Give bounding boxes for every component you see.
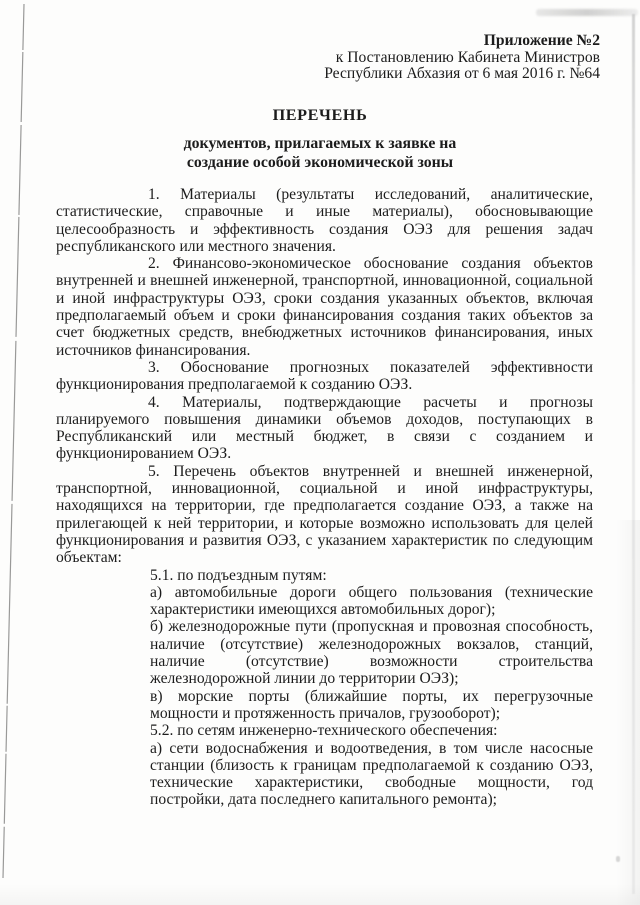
document-subtitle: документов, прилагаемых к заявке на созд…: [0, 135, 640, 172]
scan-artifact-speck: [616, 856, 620, 862]
subitem-5-1-v: в) морские порты (ближайшие порты, их пе…: [150, 688, 593, 723]
subtitle-line-1: документов, прилагаемых к заявке на: [0, 135, 640, 154]
document-body: 1. Материалы (результаты исследований, а…: [56, 186, 593, 809]
document-header: Приложение №2 к Постановлению Кабинета М…: [324, 33, 600, 83]
paragraph-1: 1. Материалы (результаты исследований, а…: [56, 186, 593, 255]
document-title: ПЕРЕЧЕНЬ: [0, 106, 640, 125]
resolution-date-number: Республики Абхазия от 6 мая 2016 г. №64: [324, 66, 600, 83]
subitem-5-2: 5.2. по сетям инженерно-технического обе…: [150, 722, 593, 739]
paragraph-4: 4. Материалы, подтверждающие расчеты и п…: [56, 394, 593, 463]
paragraph-2: 2. Финансово-экономическое обоснование с…: [56, 255, 593, 359]
scan-artifact-bottom-shadow: [0, 884, 640, 905]
subtitle-line-2: создание особой экономической зоны: [0, 154, 640, 173]
subitem-5-1: 5.1. по подъездным путям:: [150, 567, 593, 584]
scan-artifact-top-smudge: [536, 9, 638, 16]
subitem-5-2-a: а) сети водоснабжения и водоотведения, в…: [150, 740, 593, 809]
scan-artifact-right-shadow: [616, 520, 640, 905]
paragraph-3: 3. Обоснование прогнозных показателей эф…: [56, 359, 593, 394]
scanned-document-page: Приложение №2 к Постановлению Кабинета М…: [0, 0, 640, 905]
paragraph-5: 5. Перечень объектов внутренней и внешне…: [56, 463, 593, 567]
subitem-5-1-b: б) железнодорожные пути (пропускная и пр…: [150, 618, 593, 687]
appendix-number: Приложение №2: [324, 33, 600, 50]
subitem-5-1-a: а) автомобильные дороги общего пользован…: [150, 584, 593, 619]
resolution-reference: к Постановлению Кабинета Министров: [324, 50, 600, 67]
